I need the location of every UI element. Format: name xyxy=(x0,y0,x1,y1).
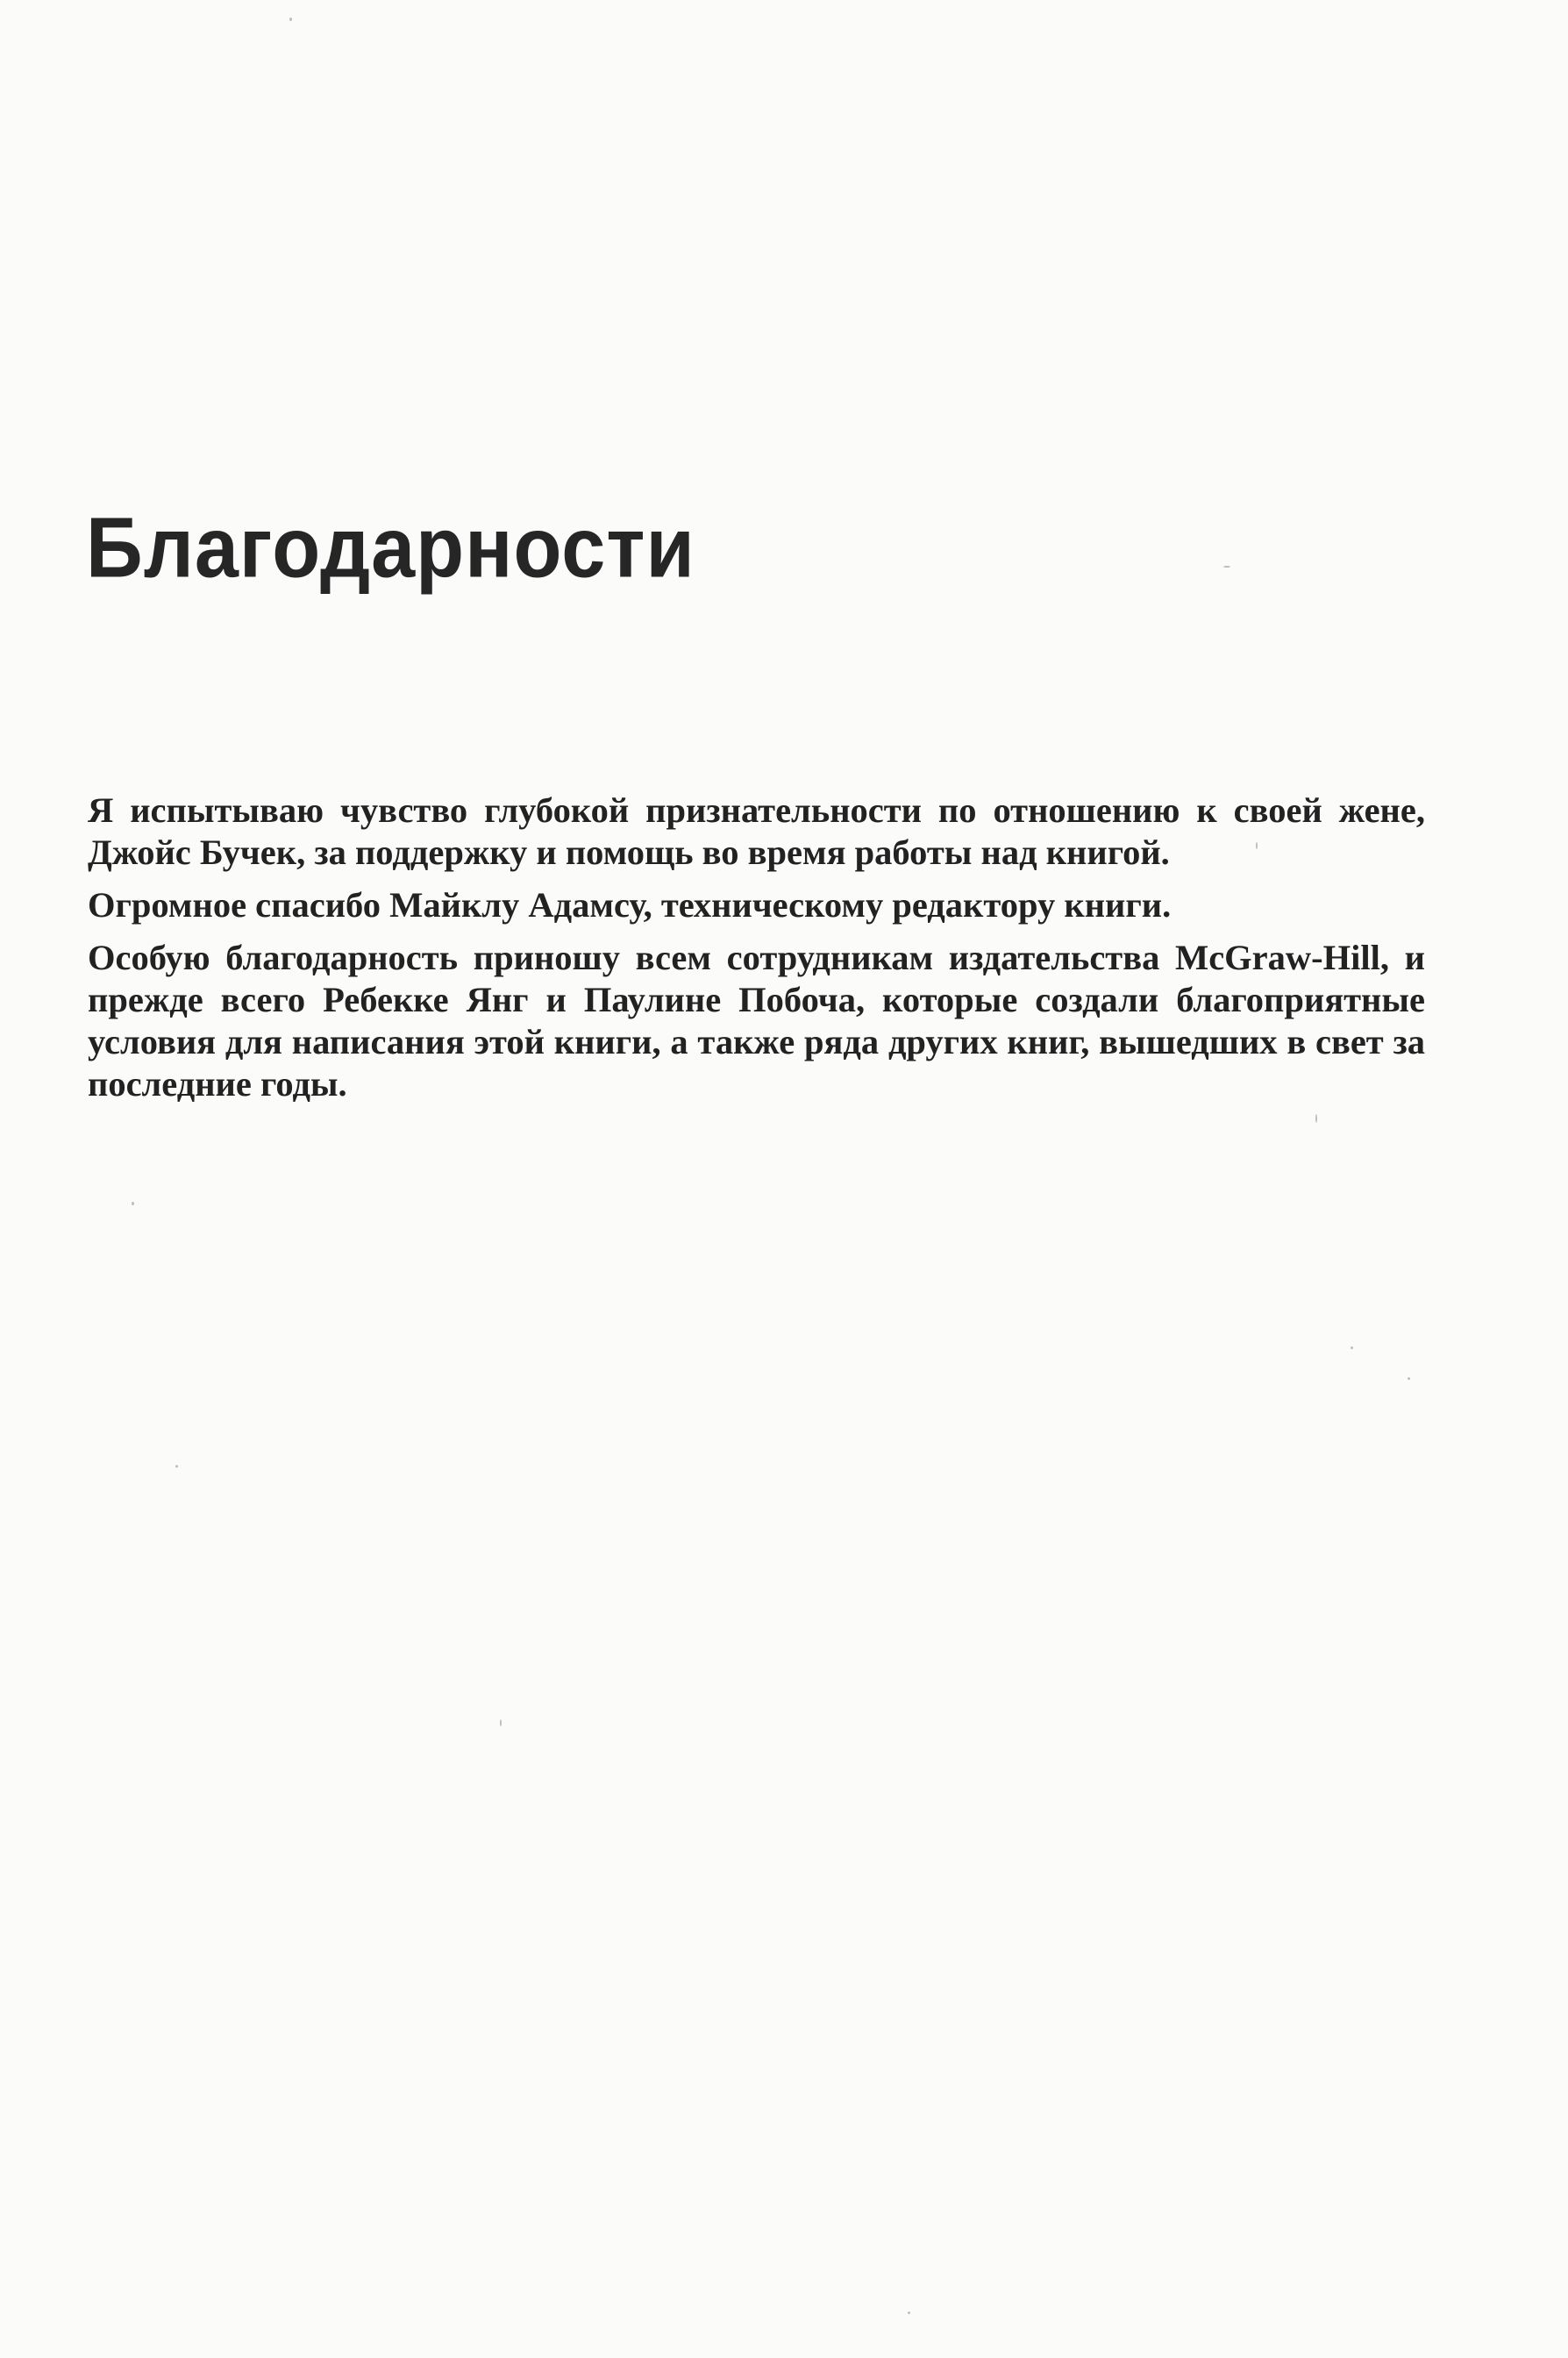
scan-speck xyxy=(1351,1347,1353,1349)
paragraph-publisher: Особую благодарность приношу всем сотруд… xyxy=(88,937,1425,1105)
scan-speck xyxy=(289,18,292,21)
paragraph-editor: Огромное спасибо Майклу Адамсу, техничес… xyxy=(88,884,1425,926)
scan-speck xyxy=(908,2312,910,2314)
paragraph-wife: Я испытываю чувство глубокой признательн… xyxy=(88,790,1425,874)
scan-speck xyxy=(175,1465,178,1468)
scan-speck xyxy=(500,1719,502,1726)
acknowledgements-body: Я испытываю чувство глубокой признательн… xyxy=(88,790,1425,1116)
page-title: Благодарности xyxy=(86,502,695,596)
scan-speck xyxy=(1223,566,1230,568)
scan-speck xyxy=(1315,1114,1317,1123)
scan-speck xyxy=(1408,1377,1410,1380)
scan-speck xyxy=(1256,842,1258,849)
book-page: Благодарности Я испытываю чувство глубок… xyxy=(0,0,1568,2358)
scan-speck xyxy=(132,1202,134,1205)
